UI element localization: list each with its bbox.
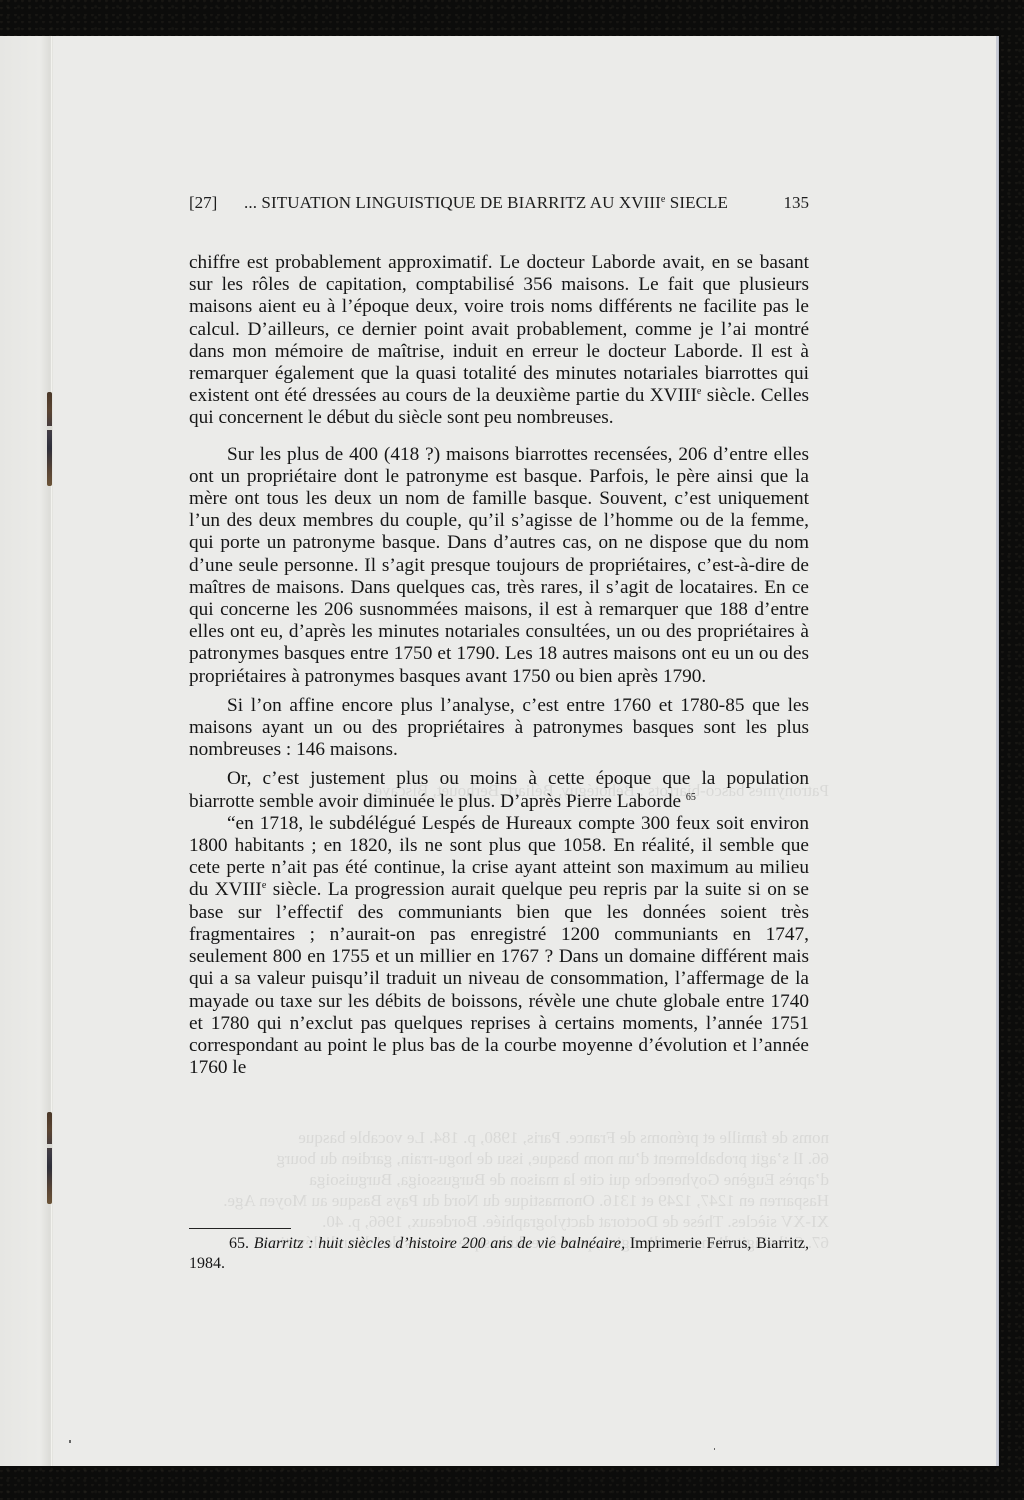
binding-fold	[50, 36, 53, 1466]
text-run: Sur les plus de 400 (418 ?) maisons biar…	[189, 444, 809, 687]
staple-icon	[47, 392, 52, 486]
section-marker: [27]	[189, 193, 244, 213]
running-title: ... SITUATION LINGUISTIQUE DE BIARRITZ A…	[244, 193, 769, 213]
text-run: siècle. La progression aurait quelque pe…	[189, 879, 809, 1078]
footnote-number: 65.	[229, 1235, 249, 1252]
footnote-rule	[189, 1228, 291, 1229]
paragraph: Or, c’est justement plus ou moins à cett…	[189, 768, 809, 812]
text-run: Si l’on affine encore plus l’analyse, c’…	[189, 695, 809, 760]
footnote-reference[interactable]: 65	[686, 792, 696, 803]
running-title-prefix: ... SITUATION LINGUISTIQUE DE BIARRITZ A…	[244, 193, 661, 212]
quotation-paragraph: “en 1718, le subdélégué Lespés de Hureau…	[189, 813, 809, 1079]
footnote: 65. Biarritz : huit siècles d’histoire 2…	[189, 1234, 809, 1274]
page-number: 135	[769, 193, 809, 213]
paper-speck	[69, 1440, 71, 1443]
facing-page-edge	[0, 36, 50, 1466]
footnote-item: 65. Biarritz : huit siècles d’histoire 2…	[189, 1234, 809, 1274]
paragraph: chiffre est probablement approximatif. L…	[189, 252, 809, 430]
running-title-suffix: SIECLE	[665, 193, 728, 212]
running-head: [27] ... SITUATION LINGUISTIQUE DE BIARR…	[189, 193, 809, 217]
footnote-title: Biarritz : huit siècles d’histoire 200 a…	[254, 1235, 625, 1252]
text-run: Or, c’est justement plus ou moins à cett…	[189, 768, 809, 811]
paragraph: Si l’on affine encore plus l’analyse, c’…	[189, 695, 809, 762]
staple-icon	[47, 1112, 52, 1204]
text-run: chiffre est probablement approximatif. L…	[189, 252, 809, 406]
body-text: chiffre est probablement approximatif. L…	[189, 252, 809, 1079]
paragraph: Sur les plus de 400 (418 ?) maisons biar…	[189, 444, 809, 688]
paper-speck	[714, 1448, 715, 1450]
